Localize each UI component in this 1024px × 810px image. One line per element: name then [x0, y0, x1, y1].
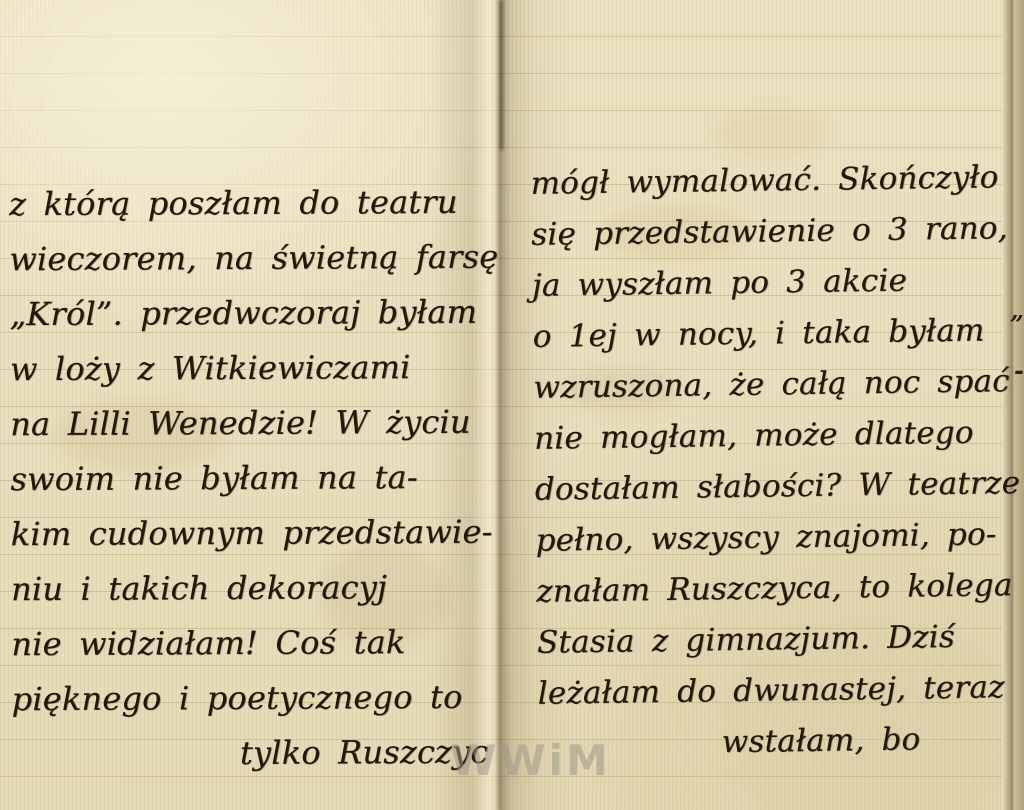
handwritten-line: o 1ej w nocy, i taka byłam [532, 305, 1024, 363]
handwritten-line: na Lilli Wenedzie! W życiu [10, 395, 488, 453]
handwritten-line: kim cudownym przedstawie- [11, 505, 489, 563]
edge-ink-mark: - [1014, 356, 1024, 385]
handwritten-line: wieczorem, na świetną farsę [9, 230, 487, 288]
handwritten-line: pełno, wszyscy znajomi, po- [535, 509, 1024, 567]
diary-scan: z którą poszłam do teatru wieczorem, na … [0, 0, 1024, 810]
handwritten-line: wzruszona, że całą noc spać [533, 356, 1024, 414]
handwritten-line: ja wyszłam po 3 akcie [532, 254, 1024, 312]
edge-ink-mark: „ [1010, 296, 1024, 325]
handwritten-line: leżałam do dwunastej, teraz [537, 662, 1024, 720]
handwritten-line: znałam Ruszczyca, to kolega [536, 560, 1024, 618]
handwritten-line: wstałam, bo [538, 713, 1024, 771]
diary-page-left: z którą poszłam do teatru wieczorem, na … [0, 0, 490, 782]
handwritten-line: nie widziałam! Coś tak [11, 615, 489, 673]
handwritten-line: nie mogłam, może dlatego [534, 407, 1024, 465]
handwritten-line: „Król”. przedwczoraj byłam [9, 285, 487, 343]
handwritten-line: Stasia z gimnazjum. Dziś [537, 611, 1024, 669]
handwritten-line: niu i takich dekoracyj [11, 560, 489, 618]
handwritten-line: tylko Ruszczyc [12, 725, 490, 783]
handwritten-line: dostałam słabości? W teatrze [534, 458, 1024, 516]
handwritten-line: mógł wymalować. Skończyło [530, 152, 1024, 210]
handwritten-line: w loży z Witkiewiczami [10, 340, 488, 398]
handwritten-line: swoim nie byłam na ta- [10, 450, 488, 508]
handwritten-line: się przedstawienie o 3 rano, [531, 203, 1024, 261]
archive-watermark: WWiM [450, 736, 611, 785]
handwritten-line: z którą poszłam do teatru [9, 175, 487, 233]
handwritten-line: pięknego i poetycznego to [11, 670, 489, 728]
diary-page-right: mógł wymalować. Skończyło się przedstawi… [518, 0, 1024, 771]
